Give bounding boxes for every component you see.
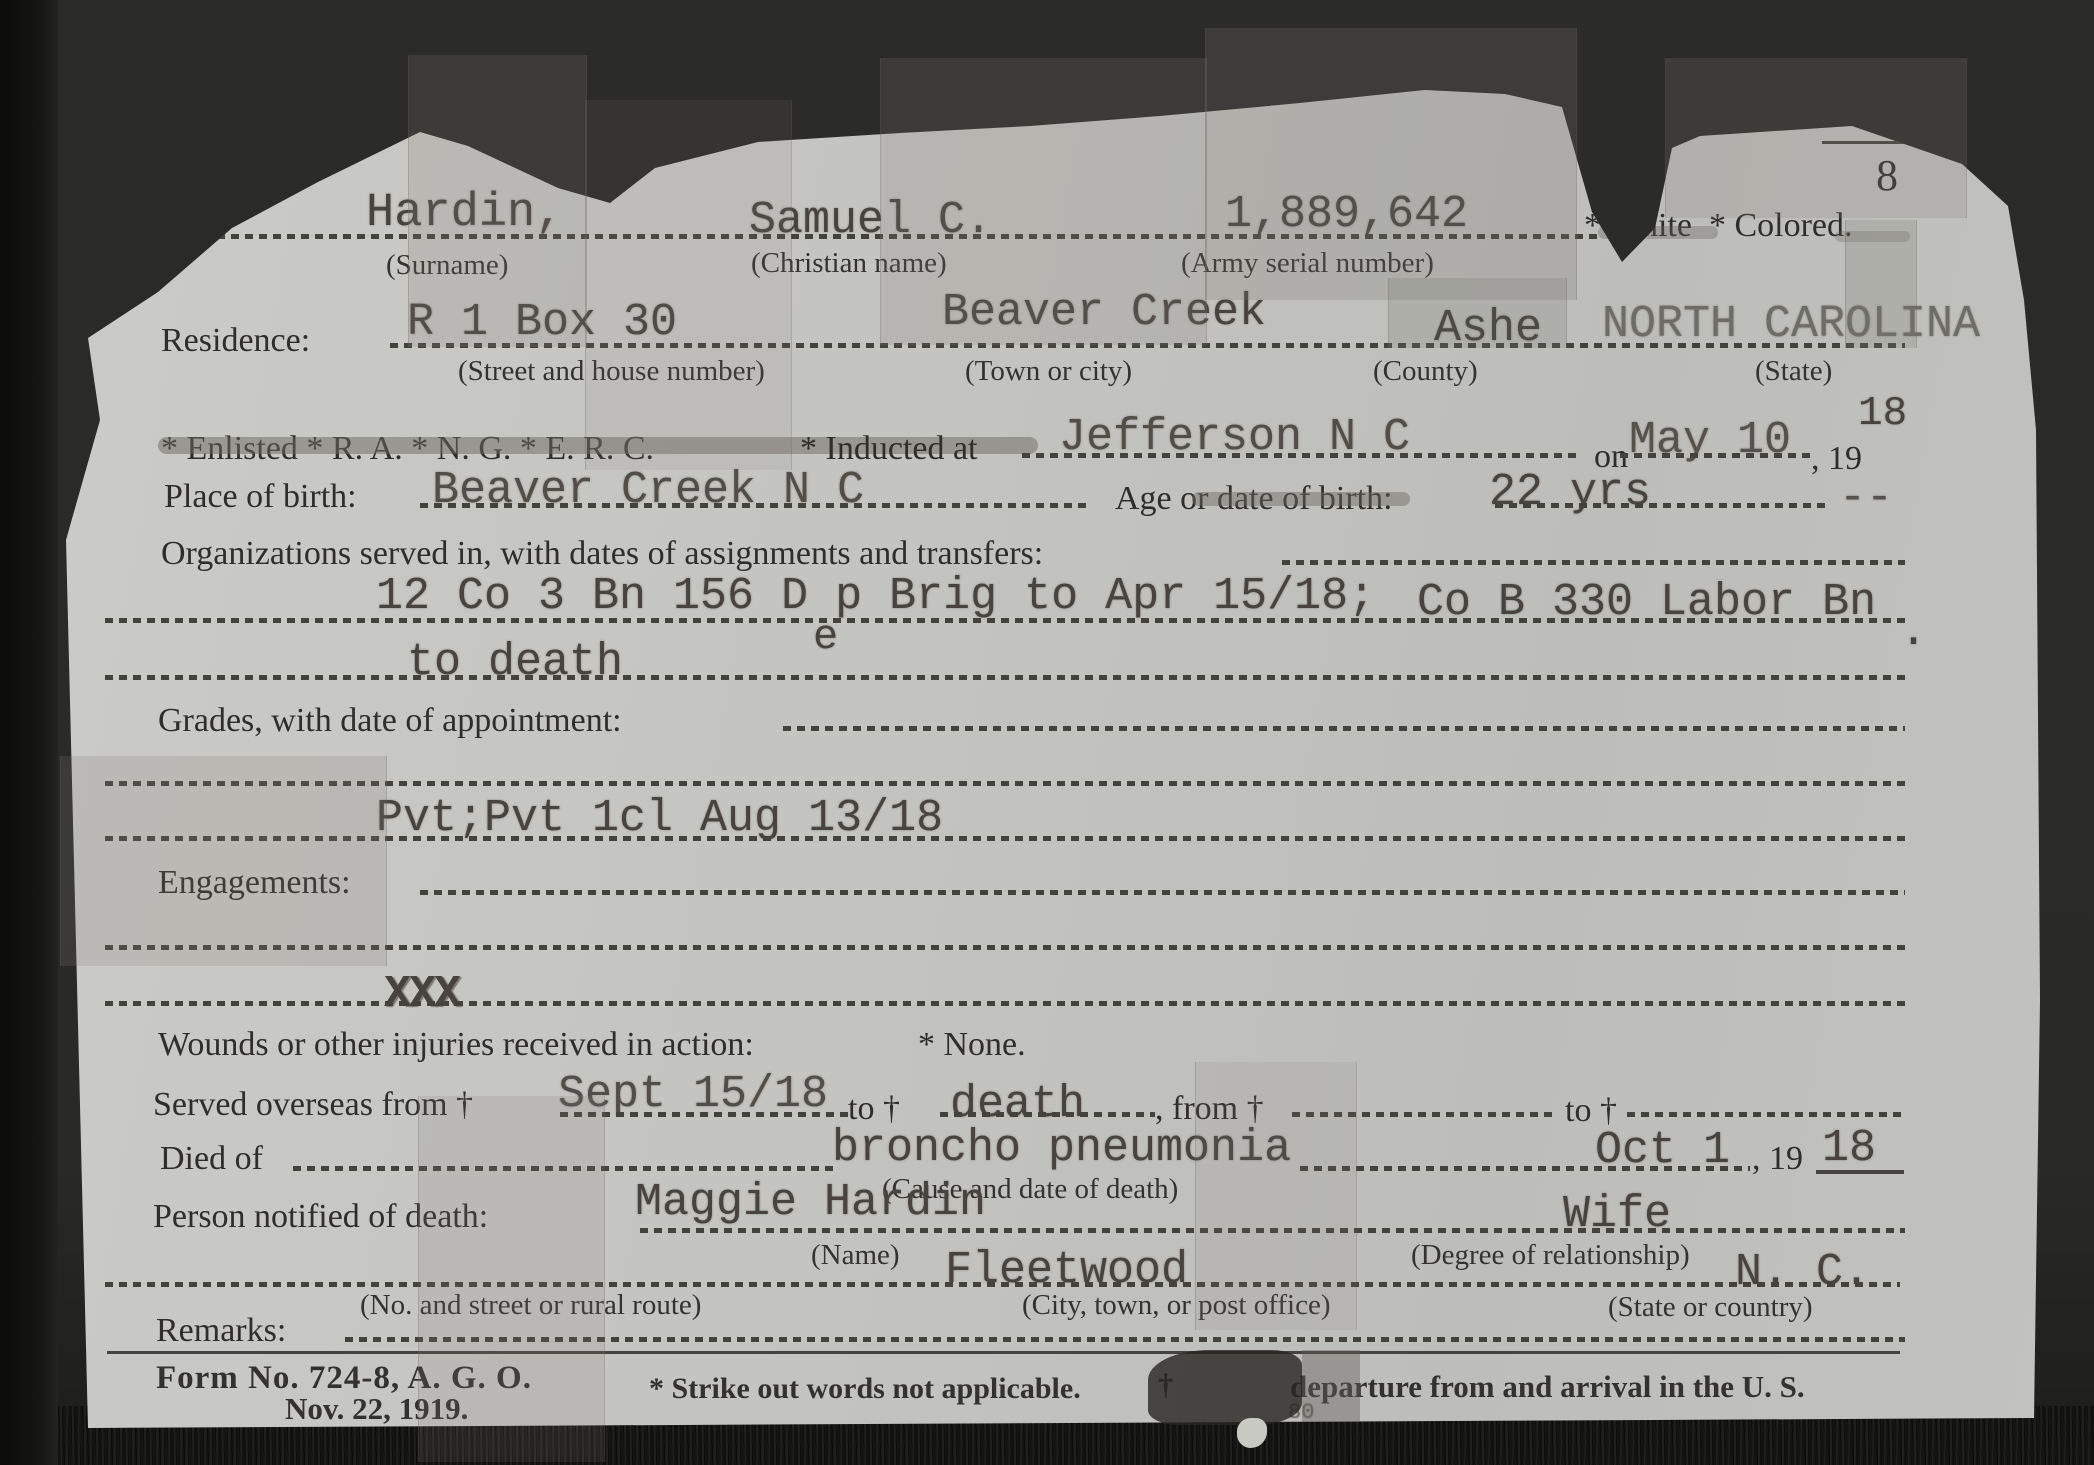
scan-edge-shadow xyxy=(0,0,58,1465)
death-year-underline xyxy=(1816,1170,1904,1174)
dark-tape-blob xyxy=(1148,1350,1302,1425)
strike-out-note: * Strike out words not applicable. xyxy=(649,1372,1081,1405)
year-printed-prefix: , 19 xyxy=(1811,440,1862,477)
corner-tick-mark xyxy=(196,140,244,143)
dotted-rule xyxy=(783,726,1905,731)
tape-strip xyxy=(880,58,1207,345)
dotted-rule xyxy=(105,1001,1905,1006)
dotted-rule xyxy=(420,890,1905,895)
dotted-rule xyxy=(105,1282,1900,1287)
footer-rule xyxy=(107,1351,1900,1354)
dotted-rule xyxy=(1022,453,1582,458)
organizations-entry-period: . xyxy=(1900,610,1927,655)
tape-strip xyxy=(585,100,792,470)
tape-strip xyxy=(408,55,587,347)
overseas-to-value: death xyxy=(950,1082,1085,1127)
state-label: (State) xyxy=(1755,356,1832,388)
dotted-rule xyxy=(1495,503,1830,508)
death-date-value: Oct 1 xyxy=(1595,1128,1730,1173)
race-smudge xyxy=(1598,226,1718,239)
death-year-value: 18 xyxy=(1822,1126,1876,1171)
died-of-label: Died of xyxy=(160,1140,263,1177)
tape-strip xyxy=(1665,58,1967,218)
dotted-rule xyxy=(105,675,1905,680)
tape-strip xyxy=(1302,1350,1360,1422)
dotted-rule xyxy=(1627,1112,1905,1117)
overseas-to-label-2: to † xyxy=(1565,1092,1617,1129)
engagements-entry: XXX xyxy=(384,972,459,1017)
dagger-note: departure from and arrival in the U. S. xyxy=(1290,1370,1805,1404)
notified-name-value: Maggie Hardin xyxy=(635,1180,986,1225)
county-label: (County) xyxy=(1373,356,1478,388)
organizations-entry-1: 12 Co 3 Bn 156 D p Brig to Apr 15/18; xyxy=(376,574,1375,619)
tape-strip xyxy=(1195,1062,1357,1330)
wounds-value: * None. xyxy=(918,1026,1026,1063)
age-label-smear xyxy=(1192,492,1410,506)
tape-strip xyxy=(418,1096,605,1462)
dotted-rule xyxy=(1282,560,1905,565)
relationship-value: Wife xyxy=(1563,1192,1671,1237)
inducted-at-label: * Inducted at xyxy=(800,430,978,467)
age-value: 22 yrs xyxy=(1489,470,1651,515)
stray-dashes: -- xyxy=(1839,476,1893,521)
notified-name-label: (Name) xyxy=(811,1240,900,1272)
residence-label: Residence: xyxy=(161,322,310,359)
relationship-label: (Degree of relationship) xyxy=(1411,1240,1690,1272)
tape-strip xyxy=(1205,28,1577,300)
wounds-label: Wounds or other injuries received in act… xyxy=(158,1026,754,1063)
notified-state-value: N. C. xyxy=(1735,1250,1870,1295)
tape-strip xyxy=(1388,278,1567,348)
scanned-record-card: 8 Hardin, Samuel C. 1,889,642 * White * … xyxy=(0,0,2094,1465)
grades-label: Grades, with date of appointment: xyxy=(158,702,622,739)
organizations-label: Organizations served in, with dates of a… xyxy=(161,535,1043,572)
state-value: NORTH CAROLINA xyxy=(1602,302,1980,347)
tape-strip xyxy=(1845,220,1917,348)
dotted-rule xyxy=(420,503,1090,508)
tape-strip xyxy=(60,756,387,966)
overseas-to-label-1: to † xyxy=(848,1090,900,1127)
death-year-prefix: , 19 xyxy=(1752,1140,1803,1177)
place-of-birth-label: Place of birth: xyxy=(164,478,357,515)
dotted-rule xyxy=(1620,453,1812,458)
town-label: (Town or city) xyxy=(965,356,1132,388)
dotted-rule xyxy=(940,1112,1155,1117)
dotted-rule xyxy=(105,618,1905,623)
induction-year-value: 18 xyxy=(1858,394,1907,435)
state-country-label: (State or country) xyxy=(1608,1292,1813,1324)
grades-entry: Pvt;Pvt 1cl Aug 13/18 xyxy=(376,796,943,841)
remarks-label: Remarks: xyxy=(156,1312,286,1349)
